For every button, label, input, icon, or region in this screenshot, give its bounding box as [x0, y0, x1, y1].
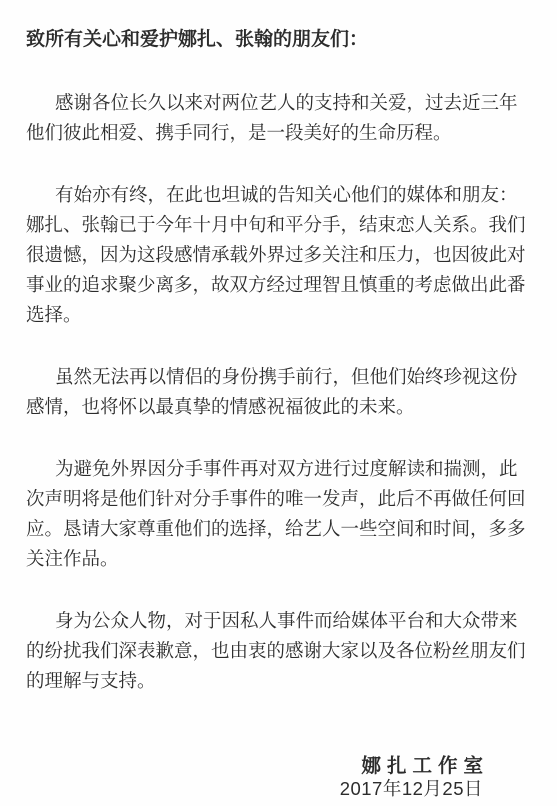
- text-line: 身为公众人物，对于因私人事件而给媒体平台和大众带来: [26, 606, 530, 636]
- statement-date: 2017年12月25日: [26, 778, 483, 800]
- text-line: 的纷扰我们深表歉意，也由衷的感谢大家以及各位粉丝朋友们: [26, 636, 530, 666]
- text-line: 他们彼此相爱、携手同行，是一段美好的生命历程。: [26, 118, 530, 148]
- text-line: 应。恳请大家尊重他们的选择，给艺人一些空间和时间，多多: [26, 514, 530, 544]
- text-line: 选择。: [26, 300, 530, 330]
- statement-paragraph-5: 身为公众人物，对于因私人事件而给媒体平台和大众带来的纷扰我们深表歉意，也由衷的感…: [26, 606, 530, 696]
- signature-block: 娜扎工作室 2017年12月25日: [26, 754, 530, 800]
- text-line: 的理解与支持。: [26, 666, 530, 696]
- statement-paragraph-2: 有始亦有终，在此也坦诚的告知关心他们的媒体和朋友：娜扎、张翰已于今年十月中旬和平…: [26, 180, 530, 330]
- text-line: 有始亦有终，在此也坦诚的告知关心他们的媒体和朋友：: [26, 180, 530, 210]
- statement-paragraph-3: 虽然无法再以情侣的身份携手前行，但他们始终珍视这份感情，也将怀以最真挚的情感祝福…: [26, 362, 530, 422]
- text-line: 感情，也将怀以最真挚的情感祝福彼此的未来。: [26, 392, 530, 422]
- studio-signature: 娜扎工作室: [26, 754, 489, 778]
- text-line: 事业的追求聚少离多，故双方经过理智且慎重的考虑做出此番: [26, 270, 530, 300]
- statement-salutation: 致所有关心和爱护娜扎、张翰的朋友们：: [26, 25, 530, 55]
- statement-paragraph-1: 感谢各位长久以来对两位艺人的支持和关爱，过去近三年他们彼此相爱、携手同行，是一段…: [26, 88, 530, 148]
- text-line: 很遗憾，因为这段感情承载外界过多关注和压力，也因彼此对: [26, 240, 530, 270]
- text-line: 感谢各位长久以来对两位艺人的支持和关爱，过去近三年: [26, 88, 530, 118]
- statement-page: 致所有关心和爱护娜扎、张翰的朋友们： 感谢各位长久以来对两位艺人的支持和关爱，过…: [0, 0, 557, 806]
- text-line: 关注作品。: [26, 544, 530, 574]
- statement-paragraph-4: 为避免外界因分手事件再对双方进行过度解读和揣测，此次声明将是他们针对分手事件的唯…: [26, 454, 530, 574]
- text-line: 虽然无法再以情侣的身份携手前行，但他们始终珍视这份: [26, 362, 530, 392]
- text-line: 娜扎、张翰已于今年十月中旬和平分手，结束恋人关系。我们: [26, 210, 530, 240]
- text-line: 次声明将是他们针对分手事件的唯一发声，此后不再做任何回: [26, 484, 530, 514]
- text-line: 为避免外界因分手事件再对双方进行过度解读和揣测，此: [26, 454, 530, 484]
